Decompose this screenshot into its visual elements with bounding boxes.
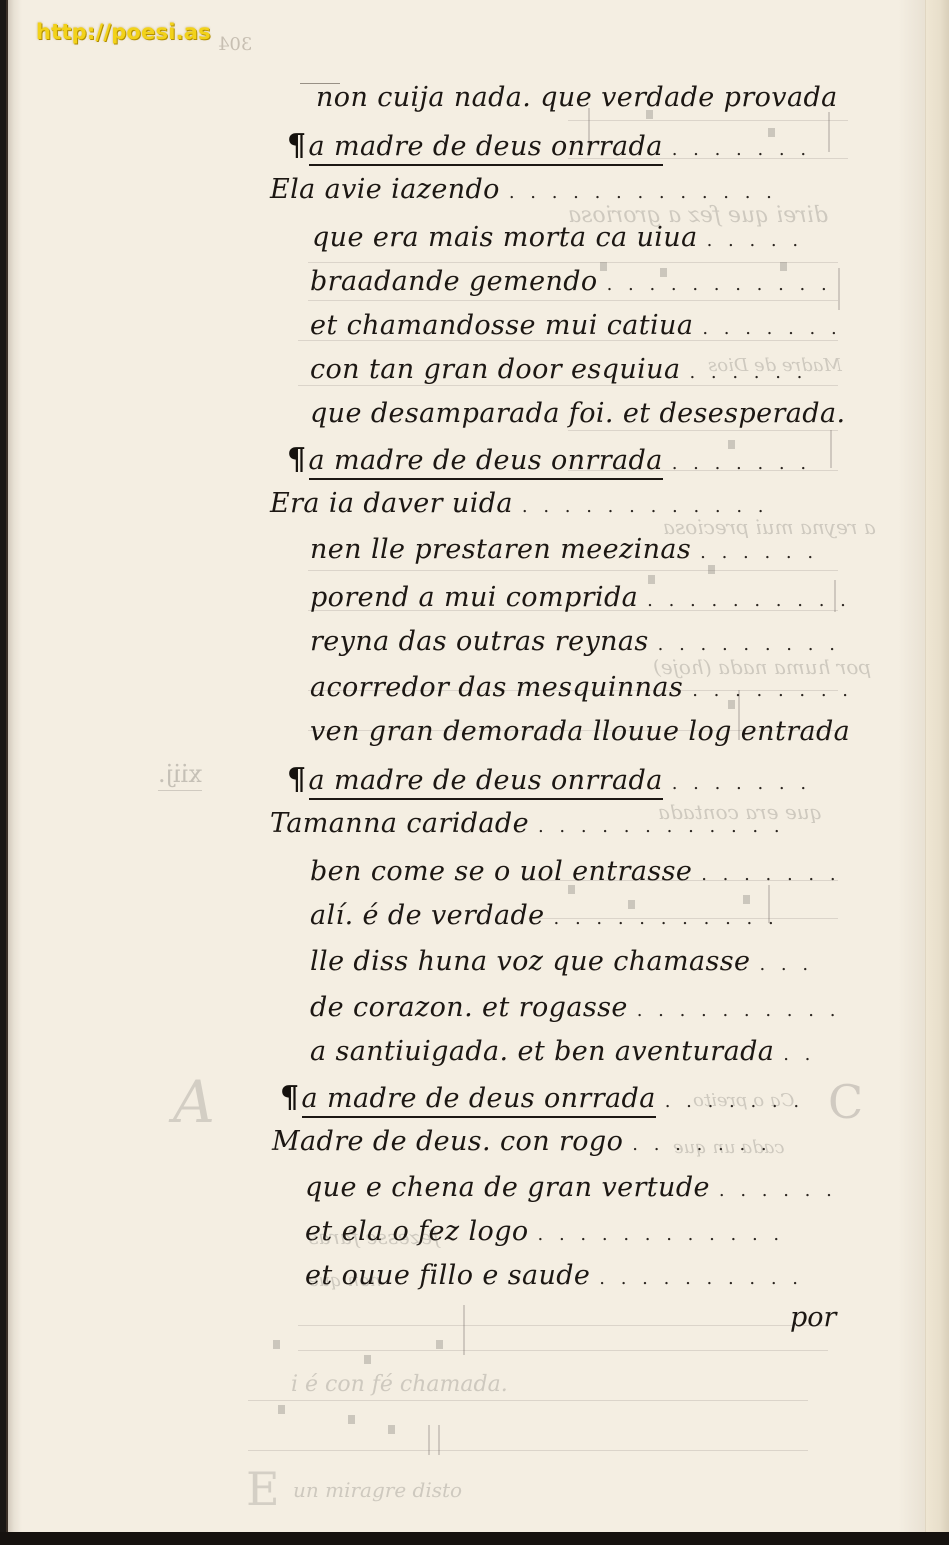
stanza-start-line: Ela avie iazendo . . . . . . . . . . . .…	[270, 174, 777, 205]
verse-line: porend a mui comprida . . . . . . . . . …	[310, 582, 851, 613]
verse-line: ven gran demorada llouue log entrada	[310, 716, 850, 747]
refrain-line: ¶a madre de deus onrrada . . . . . . .	[280, 1080, 804, 1115]
refrain-line: ¶a madre de deus onrrada . . . . . . .	[287, 762, 811, 797]
verse-line: non cuija nada. que verdade provada	[316, 82, 838, 113]
verse-line: que e chena de gran vertude . . . . . .	[305, 1172, 837, 1203]
verse-line: et ouue fillo e saude . . . . . . . . . …	[305, 1260, 803, 1291]
catchword: por	[790, 1302, 836, 1333]
verse-line: que era mais morta ca uiua . . . . .	[312, 222, 803, 253]
manuscript-text: non cuija nada. que verdade provada ¶a m…	[0, 0, 949, 1545]
verse-line: ben come se o uol entrasse . . . . . . .	[310, 856, 841, 887]
pilcrow-icon: ¶	[287, 128, 307, 163]
pilcrow-icon: ¶	[280, 1080, 300, 1115]
stanza-start-line: Tamanna caridade . . . . . . . . . . . .	[270, 808, 785, 839]
verse-line: et ela o fez logo . . . . . . . . . . . …	[305, 1216, 784, 1247]
verse-line: alí. é de verdade . . . . . . . . . . .	[310, 900, 779, 931]
verse-line: et chamandosse mui catiua . . . . . . .	[310, 310, 842, 341]
stanza-start-line: Era ia daver uida . . . . . . . . . . . …	[270, 488, 769, 519]
refrain-line: ¶a madre de deus onrrada . . . . . . .	[287, 442, 811, 477]
pilcrow-icon: ¶	[287, 442, 307, 477]
pilcrow-icon: ¶	[287, 762, 307, 797]
verse-line: reyna das outras reynas . . . . . . . . …	[310, 626, 840, 657]
verse-line: lle diss huna voz que chamasse . . .	[310, 946, 813, 977]
verse-line: acorredor das mesquinnas . . . . . . . .	[310, 672, 853, 703]
verse-line: a santiuigada. et ben aventurada . .	[310, 1036, 815, 1067]
verse-line: de corazon. et rogasse . . . . . . . . .…	[310, 992, 840, 1023]
verse-line: con tan gran door esquiua . . . . . .	[310, 354, 807, 385]
watermark-url[interactable]: http://poesi.as	[36, 20, 211, 44]
verse-line: braadande gemendo . . . . . . . . . . .	[310, 266, 832, 297]
verse-line: que desamparada foi. et desesperada.	[310, 398, 845, 429]
verse-line: nen lle prestaren meezinas . . . . . .	[310, 534, 818, 565]
stanza-start-line: Madre de deus. con rogo . . . . . . .	[272, 1126, 772, 1157]
refrain-line: ¶a madre de deus onrrada . . . . . . .	[287, 128, 811, 163]
